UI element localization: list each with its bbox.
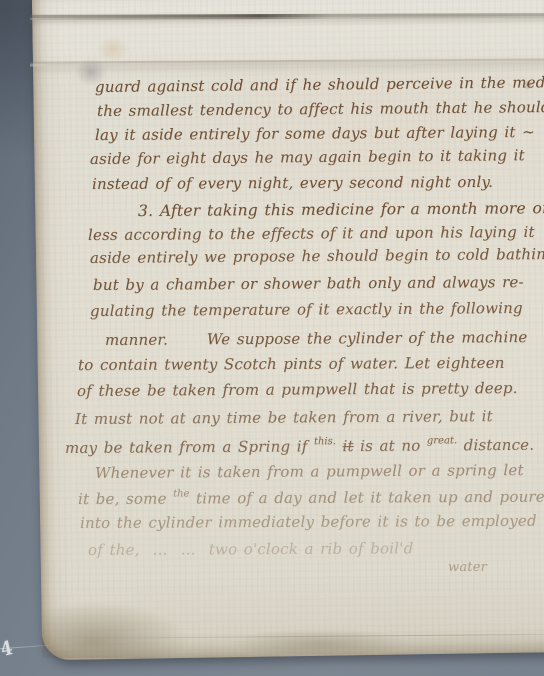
line-text: is at no <box>354 436 427 455</box>
line-text: water <box>448 560 487 575</box>
manuscript-line: it be, some the time of a day and let it… <box>78 487 544 508</box>
line-text: may be taken from a Spring if <box>65 437 314 457</box>
manuscript-line: lay it aside entirely for some days but … <box>95 123 535 144</box>
line-text: the smallest tendency to affect his mout… <box>97 98 544 120</box>
line-text: to contain twenty Scotch pints of water.… <box>78 354 505 374</box>
line-text: guard against cold and if he should perc… <box>95 73 544 96</box>
manuscript-line: manner. We suppose the cylinder of the m… <box>105 328 527 349</box>
manuscript-line: of these be taken from a pumpwell that i… <box>77 379 518 400</box>
manuscript-line: less according to the effects of it and … <box>88 223 535 244</box>
manuscript-line: aside entirely we propose he should begi… <box>90 245 544 267</box>
line-text: instead of of every night, every second … <box>92 173 493 193</box>
line-text: it be, some <box>78 490 173 508</box>
line-text: of these be taken from a pumpwell that i… <box>77 379 518 400</box>
line-text: less according to the effects of it and … <box>88 223 535 244</box>
manuscript-line: but by a chamber or shower bath only and… <box>93 273 524 294</box>
manuscript-line: the smallest tendency to affect his mout… <box>97 98 544 120</box>
line-text: distance. <box>457 436 534 455</box>
line-text: lay it aside entirely for some days but … <box>95 123 535 144</box>
manuscript-line: 3. After taking this medicine for a mont… <box>138 199 544 220</box>
manuscript-line: to contain twenty Scotch pints of water.… <box>78 354 505 374</box>
line-text: aside entirely we propose he should begi… <box>90 245 544 267</box>
line-text: manner. We suppose the cylinder of the m… <box>105 328 527 349</box>
line-text: gulating the temperature of it exactly i… <box>90 299 523 320</box>
manuscript-line: instead of of every night, every second … <box>92 173 493 193</box>
line-text: into the cylinder immediately before it … <box>80 512 537 532</box>
manuscript-line: It must not at any time be taken from a … <box>75 407 493 428</box>
manuscript-line: guard against cold and if he should perc… <box>95 73 544 96</box>
line-text: Whenever it is taken from a pumpwell or … <box>95 461 524 482</box>
superscript-insertion: this. <box>314 436 336 447</box>
line-text: of the, … … two o'clock a rib of boil'd <box>88 539 413 559</box>
manuscript-scan: guard against cold and if he should perc… <box>0 0 544 676</box>
line-text: aside for eight days he may again begin … <box>90 146 525 168</box>
superscript-insertion: great. <box>427 435 457 446</box>
line-text: It must not at any time be taken from a … <box>75 407 493 428</box>
manuscript-line: water <box>448 560 487 575</box>
manuscript-line: Whenever it is taken from a pumpwell or … <box>95 461 524 482</box>
manuscript-line: may be taken from a Spring if this. it i… <box>65 435 534 457</box>
handwriting-layer: guard against cold and if he should perc… <box>0 0 544 676</box>
manuscript-line: gulating the temperature of it exactly i… <box>90 299 523 320</box>
line-text: 3. After taking this medicine for a mont… <box>138 199 544 220</box>
line-text: but by a chamber or shower bath only and… <box>93 273 524 294</box>
manuscript-line: into the cylinder immediately before it … <box>80 512 537 532</box>
line-text: time of a day and let it taken up and po… <box>189 488 544 508</box>
manuscript-line: of the, … … two o'clock a rib of boil'd <box>88 539 413 559</box>
manuscript-line: aside for eight days he may again begin … <box>90 146 525 168</box>
struck-word: it <box>342 437 353 455</box>
superscript-insertion: the <box>173 488 189 499</box>
